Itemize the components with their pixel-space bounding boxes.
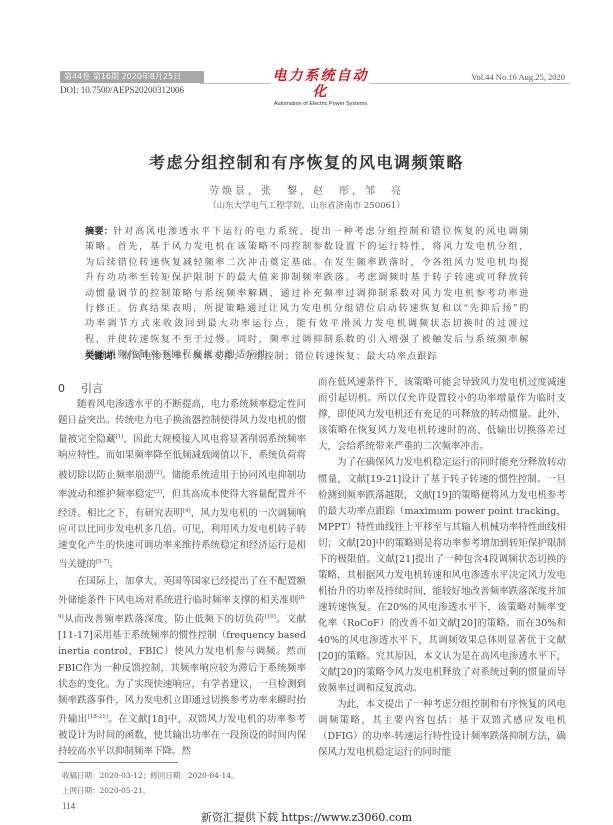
text: 。文献[11-17]采用基于系统频率的惯性控制（frequency based … bbox=[58, 614, 306, 725]
header-rule-right bbox=[370, 83, 570, 84]
citation: [2] bbox=[154, 470, 162, 476]
journal-name-en: Automation of Electric Power Systems bbox=[268, 100, 373, 108]
journal-logo: 电力系统自动化 Automation of Electric Power Sys… bbox=[268, 68, 373, 108]
journal-name-cn: 电力系统自动化 bbox=[268, 68, 373, 100]
paper-title: 考虑分组控制和有序恢复的风电调频策略 bbox=[0, 150, 613, 173]
paragraph: 而在低风速条件下，该策略可能会导致风力发电机过度减速而引起切机。所以仅允许设置较… bbox=[318, 375, 566, 455]
keywords-text: 高风电渗透率；频率支撑；分组控制；错位转速恢复；最大功率点跟踪 bbox=[122, 351, 438, 362]
authors: 劳焕景，张 黎，赵 彤，邹 亮 bbox=[0, 182, 613, 197]
volume-info: Vol.44 No.16 Aug.25, 2020 bbox=[471, 72, 565, 82]
abstract-text: 针对高风电渗透水平下运行的电力系统，提出一种考虑分组控制和错位恢复的风电调频策略… bbox=[85, 226, 530, 360]
text: 。 bbox=[109, 560, 119, 571]
citation: [4] bbox=[183, 508, 191, 514]
header-rule-left bbox=[200, 83, 270, 84]
section-number: 0 bbox=[58, 382, 65, 395]
footnote-online: 上网日期：2020-05-21。 bbox=[62, 785, 150, 796]
issue-band: 第44卷 第16期 2020年8月25日 bbox=[60, 71, 204, 83]
affiliation: （山东大学电气工程学院，山东省济南市 250061） bbox=[0, 199, 613, 211]
watermark: 新资汇提供下载 https://www.z3060.com bbox=[0, 809, 613, 825]
citation: [3] bbox=[154, 489, 162, 495]
text: 从而改善频率跌落深度，防止低频下的切负荷 bbox=[64, 614, 265, 625]
citation: [5-7] bbox=[96, 559, 109, 565]
text: 。在文献[18]中，双馈风力发电机的功率参考被设计为时间的函数，使其输出功率在一… bbox=[58, 714, 306, 757]
paragraph: 随着风电渗透水平的不断提高，电力系统频率稳定性问题日益突出。传统电力电子换流器控… bbox=[58, 397, 306, 574]
footnote-received: 收稿日期：2020-03-12；修回日期：2020-04-14。 bbox=[62, 770, 238, 781]
keywords: 关键词：高风电渗透率；频率支撑；分组控制；错位转速恢复；最大功率点跟踪 bbox=[85, 348, 530, 362]
right-column: 而在低风速条件下，该策略可能会导致风力发电机过度减速而引起切机。所以仅允许设置较… bbox=[318, 375, 566, 761]
abstract: 摘要：针对高风电渗透水平下运行的电力系统，提出一种考虑分组控制和错位恢复的风电调… bbox=[85, 224, 530, 363]
footnote-rule bbox=[58, 762, 178, 763]
citation: [10] bbox=[265, 614, 276, 620]
section-title: 引言 bbox=[81, 382, 103, 395]
doi: DOI: 10.7500/AEPS20200312006 bbox=[60, 85, 184, 95]
keywords-label: 关键词： bbox=[85, 351, 122, 362]
paragraph: 为此，本文提出了一种考虑分组控制和有序恢复的风电调频策略，其主要内容包括：基于双… bbox=[318, 697, 566, 761]
citation: [18-21] bbox=[88, 714, 108, 720]
text: 在国际上，加拿大、英国等国家已经提出了在不配置额外储能条件下风电场对系统进行临时… bbox=[58, 576, 306, 606]
abstract-label: 摘要： bbox=[85, 226, 113, 237]
paragraph: 在国际上，加拿大、英国等国家已经提出了在不配置额外储能条件下风电场对系统进行临时… bbox=[58, 574, 306, 761]
paragraph: 为了在确保风力发电机稳定运行的同时能充分释放转动惯量，文献[19-21]设计了基… bbox=[318, 455, 566, 696]
left-column: 随着风电渗透水平的不断提高，电力系统频率稳定性问题日益突出。传统电力电子换流器控… bbox=[58, 397, 306, 760]
section-heading: 0引言 bbox=[58, 380, 119, 396]
